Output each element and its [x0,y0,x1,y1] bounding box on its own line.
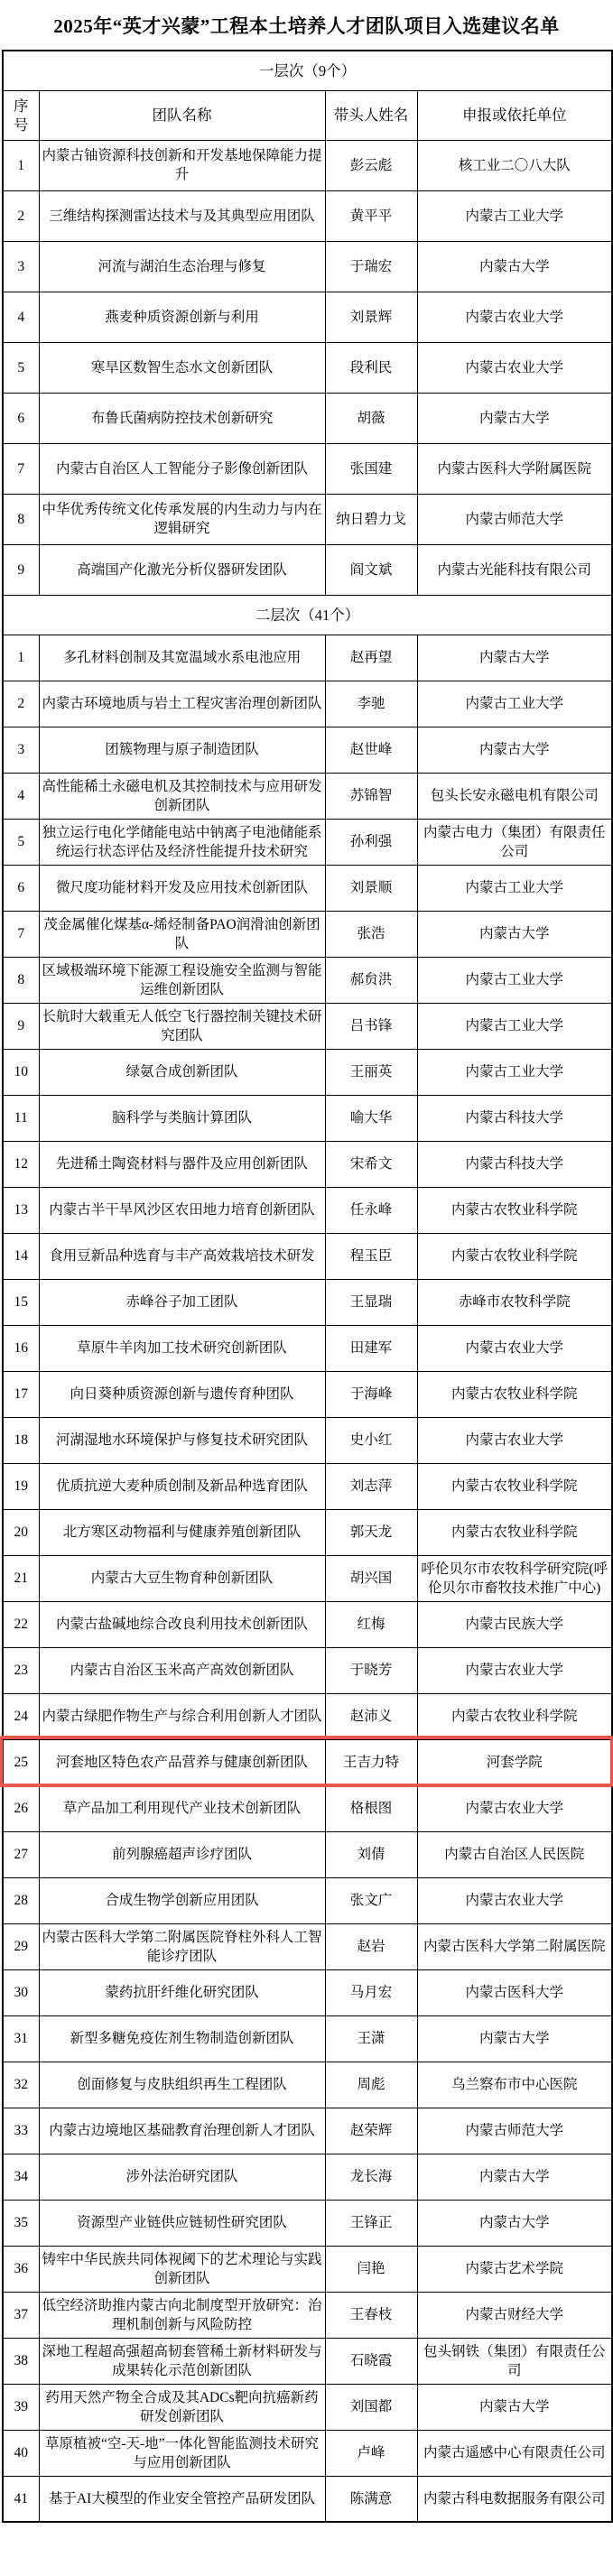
team-name-cell: 涉外法治研究团队 [39,2154,325,2200]
row-number: 19 [3,1463,39,1509]
row-number: 34 [3,2154,39,2200]
row-number: 5 [3,819,39,865]
table-row: 28合成生物学创新应用团队张文广内蒙古农业大学 [3,1877,612,1923]
org-cell: 内蒙古工业大学 [417,190,612,241]
table-row: 12先进稀土陶瓷材料与器件及应用创新团队宋希文内蒙古科技大学 [3,1141,612,1187]
team-name-cell: 绿氨合成创新团队 [39,1049,325,1095]
table-row: 38深地工程超高强超高韧套管稀土新材料研发与成果转化示范创新团队石晓霞包头钢铁（… [3,2338,612,2384]
row-number: 37 [3,2292,39,2338]
leader-name-cell: 李驰 [325,681,417,727]
table-row: 8中华优秀传统文化传承发展的内生动力与内在逻辑研究纳日碧力戈内蒙古师范大学 [3,494,612,544]
org-cell: 内蒙古科技大学 [417,1095,612,1141]
team-name-cell: 先进稀土陶瓷材料与器件及应用创新团队 [39,1141,325,1187]
leader-name-cell: 于瑞宏 [325,241,417,292]
table-row: 40草原植被“空-天-地”一体化智能监测技术研究与应用创新团队卢峰内蒙古遥感中心… [3,2430,612,2476]
table-row: 34涉外法治研究团队龙长海内蒙古大学 [3,2154,612,2200]
org-cell: 内蒙古农牧业科学院 [417,1693,612,1739]
org-cell: 内蒙古大学 [417,393,612,443]
team-name-cell: 草原牛羊肉加工技术研究创新团队 [39,1325,325,1371]
team-name-cell: 草产品加工利用现代产业技术创新团队 [39,1785,325,1831]
org-cell: 内蒙古医科大学 [417,1969,612,2015]
org-cell: 内蒙古农业大学 [417,292,612,342]
org-cell: 内蒙古大学 [417,2200,612,2246]
org-cell: 内蒙古农牧业科学院 [417,1233,612,1279]
row-number: 15 [3,1279,39,1325]
table-row: 25河套地区特色农产品营养与健康创新团队王吉力特河套学院 [3,1739,612,1785]
org-cell: 内蒙古农业大学 [417,1647,612,1693]
team-name-cell: 内蒙古环境地质与岩土工程灾害治理创新团队 [39,681,325,727]
table-row: 17向日葵种质资源创新与遗传育种团队于海峰内蒙古农牧业科学院 [3,1371,612,1417]
leader-name-cell: 赵沛义 [325,1693,417,1739]
table-row: 2内蒙古环境地质与岩土工程灾害治理创新团队李驰内蒙古工业大学 [3,681,612,727]
row-number: 16 [3,1325,39,1371]
row-number: 24 [3,1693,39,1739]
row-number: 7 [3,911,39,957]
column-header: 申报或依托单位 [417,90,612,140]
leader-name-cell: 胡兴国 [325,1555,417,1601]
team-name-cell: 资源型产业链供应链韧性研究团队 [39,2200,325,2246]
leader-name-cell: 吕书锋 [325,1003,417,1049]
table-row: 9高端国产化激光分析仪器研发团队阎文斌内蒙古光能科技有限公司 [3,544,612,595]
row-number: 10 [3,1049,39,1095]
org-cell: 内蒙古工业大学 [417,1003,612,1049]
row-number: 3 [3,241,39,292]
team-name-cell: 中华优秀传统文化传承发展的内生动力与内在逻辑研究 [39,494,325,544]
team-name-cell: 低空经济助推内蒙古向北制度型开放研究：治理机制创新与风险防控 [39,2292,325,2338]
org-cell: 呼伦贝尔市农牧科学研究院(呼伦贝尔市畜牧技术推广中心) [417,1555,612,1601]
org-cell: 内蒙古大学 [417,2384,612,2430]
team-name-cell: 河湖湿地水环境保护与修复技术研究团队 [39,1417,325,1463]
table-row: 29内蒙古医科大学第二附属医院脊柱外科人工智能诊疗团队赵岩内蒙古医科大学第二附属… [3,1923,612,1969]
team-name-cell: 向日葵种质资源创新与遗传育种团队 [39,1371,325,1417]
leader-name-cell: 纳日碧力戈 [325,494,417,544]
team-name-cell: 高性能稀土永磁电机及其控制技术与应用研发创新团队 [39,773,325,819]
org-cell: 赤峰市农牧科学院 [417,1279,612,1325]
leader-name-cell: 张浩 [325,911,417,957]
org-cell: 内蒙古师范大学 [417,2108,612,2154]
table-row: 37低空经济助推内蒙古向北制度型开放研究：治理机制创新与风险防控王春枝内蒙古财经… [3,2292,612,2338]
org-cell: 内蒙古工业大学 [417,957,612,1003]
team-name-cell: 内蒙古盐碱地综合改良利用技术创新团队 [39,1601,325,1647]
column-header: 带头人姓名 [325,90,417,140]
row-number: 27 [3,1831,39,1877]
table-row: 26草产品加工利用现代产业技术创新团队格根图内蒙古农业大学 [3,1785,612,1831]
leader-name-cell: 周彪 [325,2062,417,2108]
table-row: 35资源型产业链供应链韧性研究团队王锋正内蒙古大学 [3,2200,612,2246]
org-cell: 河套学院 [417,1739,612,1785]
team-name-cell: 高端国产化激光分析仪器研发团队 [39,544,325,595]
table-wrapper: 一层次（9个）序号团队名称带头人姓名申报或依托单位1内蒙古铀资源科技创新和开发基… [2,50,611,2523]
team-name-cell: 内蒙古铀资源科技创新和开发基地保障能力提升 [39,140,325,190]
table-row: 18河湖湿地水环境保护与修复技术研究团队史小红内蒙古农业大学 [3,1417,612,1463]
row-number: 12 [3,1141,39,1187]
table-row: 36铸牢中华民族共同体视阈下的艺术理论与实践创新团队闫艳内蒙古艺术学院 [3,2246,612,2292]
org-cell: 内蒙古农业大学 [417,342,612,393]
team-name-cell: 内蒙古大豆生物育种创新团队 [39,1555,325,1601]
org-cell: 内蒙古大学 [417,2015,612,2062]
org-cell: 内蒙古农牧业科学院 [417,1463,612,1509]
row-number: 32 [3,2062,39,2108]
org-cell: 内蒙古农业大学 [417,1877,612,1923]
team-name-cell: 内蒙古绿肥作物生产与综合利用创新人才团队 [39,1693,325,1739]
table-row: 11脑科学与类脑计算团队喻大华内蒙古科技大学 [3,1095,612,1141]
table-row: 32创面修复与皮肤组织再生工程团队周彪乌兰察布市中心医院 [3,2062,612,2108]
team-name-cell: 食用豆新品种选育与丰产高效栽培技术研发 [39,1233,325,1279]
org-cell: 内蒙古艺术学院 [417,2246,612,2292]
leader-name-cell: 赵荣辉 [325,2108,417,2154]
team-name-cell: 深地工程超高强超高韧套管稀土新材料研发与成果转化示范创新团队 [39,2338,325,2384]
row-number: 30 [3,1969,39,2015]
table-row: 30蒙药抗肝纤维化研究团队马月宏内蒙古医科大学 [3,1969,612,2015]
org-cell: 内蒙古光能科技有限公司 [417,544,612,595]
team-name-cell: 铸牢中华民族共同体视阈下的艺术理论与实践创新团队 [39,2246,325,2292]
row-number: 4 [3,773,39,819]
team-name-cell: 独立运行电化学储能电站中钠离子电池储能系统运行状态评估及经济性能提升技术研究 [39,819,325,865]
org-cell: 内蒙古工业大学 [417,1049,612,1095]
org-cell: 乌兰察布市中心医院 [417,2062,612,2108]
table-row: 6微尺度功能材料开发及应用技术创新团队刘景顺内蒙古工业大学 [3,865,612,911]
leader-name-cell: 阎文斌 [325,544,417,595]
leader-name-cell: 格根图 [325,1785,417,1831]
leader-name-cell: 郭天龙 [325,1509,417,1555]
leader-name-cell: 王春枝 [325,2292,417,2338]
row-number: 25 [3,1739,39,1785]
team-name-cell: 基于AI大模型的作业安全管控产品研发团队 [39,2476,325,2522]
row-number: 40 [3,2430,39,2476]
team-name-cell: 脑科学与类脑计算团队 [39,1095,325,1141]
org-cell: 内蒙古财经大学 [417,2292,612,2338]
leader-name-cell: 张国建 [325,443,417,494]
row-number: 13 [3,1187,39,1233]
row-number: 36 [3,2246,39,2292]
section-row: 二层次（41个） [3,595,612,635]
table-row: 9长航时大载重无人低空飞行器控制关键技术研究团队吕书锋内蒙古工业大学 [3,1003,612,1049]
org-cell: 内蒙古农业大学 [417,1325,612,1371]
leader-name-cell: 王吉力特 [325,1739,417,1785]
row-number: 2 [3,681,39,727]
team-name-cell: 新型多糖免疫佐剂生物制造创新团队 [39,2015,325,2062]
table-row: 4高性能稀土永磁电机及其控制技术与应用研发创新团队苏锦智包头长安永磁电机有限公司 [3,773,612,819]
org-cell: 内蒙古大学 [417,635,612,681]
leader-name-cell: 石晓霞 [325,2338,417,2384]
selection-list-table: 一层次（9个）序号团队名称带头人姓名申报或依托单位1内蒙古铀资源科技创新和开发基… [2,50,613,2523]
row-number: 2 [3,190,39,241]
leader-name-cell: 喻大华 [325,1095,417,1141]
table-row: 41基于AI大模型的作业安全管控产品研发团队陈满意内蒙古科电数据服务有限公司 [3,2476,612,2522]
leader-name-cell: 卢峰 [325,2430,417,2476]
leader-name-cell: 龙长海 [325,2154,417,2200]
column-header-row: 序号团队名称带头人姓名申报或依托单位 [3,90,612,140]
table-row: 3团簇物理与原子制造团队赵世峰内蒙古大学 [3,727,612,773]
org-cell: 内蒙古大学 [417,911,612,957]
team-name-cell: 河套地区特色农产品营养与健康创新团队 [39,1739,325,1785]
org-cell: 包头长安永磁电机有限公司 [417,773,612,819]
row-number: 7 [3,443,39,494]
table-row: 1内蒙古铀资源科技创新和开发基地保障能力提升彭云彪核工业二〇八大队 [3,140,612,190]
team-name-cell: 寒旱区数智生态水文创新团队 [39,342,325,393]
row-number: 8 [3,957,39,1003]
leader-name-cell: 王潇 [325,2015,417,2062]
leader-name-cell: 赵世峰 [325,727,417,773]
row-number: 11 [3,1095,39,1141]
row-number: 3 [3,727,39,773]
org-cell: 核工业二〇八大队 [417,140,612,190]
row-number: 33 [3,2108,39,2154]
team-name-cell: 长航时大载重无人低空飞行器控制关键技术研究团队 [39,1003,325,1049]
leader-name-cell: 陈满意 [325,2476,417,2522]
row-number: 41 [3,2476,39,2522]
row-number: 9 [3,544,39,595]
leader-name-cell: 黄平平 [325,190,417,241]
team-name-cell: 草原植被“空-天-地”一体化智能监测技术研究与应用创新团队 [39,2430,325,2476]
row-number: 5 [3,342,39,393]
leader-name-cell: 段利民 [325,342,417,393]
leader-name-cell: 王锋正 [325,2200,417,2246]
page-title: 2025年“英才兴蒙”工程本土培养人才团队项目入选建议名单 [0,0,613,50]
table-row: 39药用天然产物全合成及其ADCs靶向抗癌新药研发创新团队刘国都内蒙古大学 [3,2384,612,2430]
org-cell: 内蒙古农牧业科学院 [417,1187,612,1233]
table-row: 19优质抗逆大麦种质创制及新品种选育团队刘志萍内蒙古农牧业科学院 [3,1463,612,1509]
row-number: 9 [3,1003,39,1049]
org-cell: 内蒙古农业大学 [417,1417,612,1463]
table-row: 7茂金属催化煤基α-烯烃制备PAO润滑油创新团队张浩内蒙古大学 [3,911,612,957]
team-name-cell: 多孔材料创制及其宽温域水系电池应用 [39,635,325,681]
team-name-cell: 燕麦种质资源创新与利用 [39,292,325,342]
org-cell: 内蒙古工业大学 [417,681,612,727]
leader-name-cell: 史小红 [325,1417,417,1463]
org-cell: 内蒙古科技大学 [417,1141,612,1187]
row-number: 18 [3,1417,39,1463]
team-name-cell: 创面修复与皮肤组织再生工程团队 [39,2062,325,2108]
leader-name-cell: 赵再望 [325,635,417,681]
leader-name-cell: 马月宏 [325,1969,417,2015]
leader-name-cell: 孙利强 [325,819,417,865]
team-name-cell: 布鲁氏菌病防控技术创新研究 [39,393,325,443]
row-number: 17 [3,1371,39,1417]
team-name-cell: 茂金属催化煤基α-烯烃制备PAO润滑油创新团队 [39,911,325,957]
row-number: 14 [3,1233,39,1279]
row-number: 6 [3,865,39,911]
team-name-cell: 药用天然产物全合成及其ADCs靶向抗癌新药研发创新团队 [39,2384,325,2430]
org-cell: 内蒙古大学 [417,2154,612,2200]
table-row: 2三维结构探测雷达技术与及其典型应用团队黄平平内蒙古工业大学 [3,190,612,241]
team-name-cell: 微尺度功能材料开发及应用技术创新团队 [39,865,325,911]
table-row: 23内蒙古自治区玉米高产高效创新团队于晓芳内蒙古农业大学 [3,1647,612,1693]
leader-name-cell: 张文广 [325,1877,417,1923]
leader-name-cell: 田建军 [325,1325,417,1371]
table-row: 33内蒙古边境地区基础教育治理创新人才团队赵荣辉内蒙古师范大学 [3,2108,612,2154]
row-number: 35 [3,2200,39,2246]
leader-name-cell: 赵岩 [325,1923,417,1969]
leader-name-cell: 宋希文 [325,1141,417,1187]
team-name-cell: 内蒙古自治区人工智能分子影像创新团队 [39,443,325,494]
team-name-cell: 北方寒区动物福利与健康养殖创新团队 [39,1509,325,1555]
leader-name-cell: 彭云彪 [325,140,417,190]
table-row: 8区域极端环境下能源工程设施安全监测与智能运维创新团队郝贠洪内蒙古工业大学 [3,957,612,1003]
leader-name-cell: 刘景辉 [325,292,417,342]
org-cell: 内蒙古电力（集团）有限责任公司 [417,819,612,865]
leader-name-cell: 红梅 [325,1601,417,1647]
section-header: 一层次（9个） [3,51,612,90]
table-row: 13内蒙古半干旱风沙区农田地力培育创新团队任永峰内蒙古农牧业科学院 [3,1187,612,1233]
row-number: 31 [3,2015,39,2062]
leader-name-cell: 任永峰 [325,1187,417,1233]
table-row: 16草原牛羊肉加工技术研究创新团队田建军内蒙古农业大学 [3,1325,612,1371]
table-row: 15赤峰谷子加工团队王显瑞赤峰市农牧科学院 [3,1279,612,1325]
org-cell: 内蒙古民族大学 [417,1601,612,1647]
row-number: 8 [3,494,39,544]
leader-name-cell: 王显瑞 [325,1279,417,1325]
row-number: 20 [3,1509,39,1555]
row-number: 23 [3,1647,39,1693]
org-cell: 内蒙古大学 [417,241,612,292]
leader-name-cell: 程玉臣 [325,1233,417,1279]
table-row: 6布鲁氏菌病防控技术创新研究胡薇内蒙古大学 [3,393,612,443]
team-name-cell: 内蒙古医科大学第二附属医院脊柱外科人工智能诊疗团队 [39,1923,325,1969]
row-number: 21 [3,1555,39,1601]
table-row: 14食用豆新品种选育与丰产高效栽培技术研发程玉臣内蒙古农牧业科学院 [3,1233,612,1279]
table-row: 1多孔材料创制及其宽温域水系电池应用赵再望内蒙古大学 [3,635,612,681]
team-name-cell: 内蒙古自治区玉米高产高效创新团队 [39,1647,325,1693]
org-cell: 内蒙古大学 [417,727,612,773]
row-number: 1 [3,635,39,681]
row-number: 39 [3,2384,39,2430]
row-number: 26 [3,1785,39,1831]
column-header: 序号 [3,90,39,140]
table-row: 5寒旱区数智生态水文创新团队段利民内蒙古农业大学 [3,342,612,393]
row-number: 4 [3,292,39,342]
org-cell: 内蒙古医科大学附属医院 [417,443,612,494]
row-number: 1 [3,140,39,190]
row-number: 38 [3,2338,39,2384]
org-cell: 内蒙古农牧业科学院 [417,1371,612,1417]
org-cell: 内蒙古自治区人民医院 [417,1831,612,1877]
org-cell: 内蒙古医科大学第二附属医院 [417,1923,612,1969]
document-page: 2025年“英才兴蒙”工程本土培养人才团队项目入选建议名单 一层次（9个）序号团… [0,0,613,2523]
leader-name-cell: 闫艳 [325,2246,417,2292]
team-name-cell: 蒙药抗肝纤维化研究团队 [39,1969,325,2015]
team-name-cell: 优质抗逆大麦种质创制及新品种选育团队 [39,1463,325,1509]
team-name-cell: 团簇物理与原子制造团队 [39,727,325,773]
table-row: 3河流与湖泊生态治理与修复于瑞宏内蒙古大学 [3,241,612,292]
leader-name-cell: 刘倩 [325,1831,417,1877]
leader-name-cell: 刘志萍 [325,1463,417,1509]
leader-name-cell: 苏锦智 [325,773,417,819]
table-row: 24内蒙古绿肥作物生产与综合利用创新人才团队赵沛义内蒙古农牧业科学院 [3,1693,612,1739]
section-header: 二层次（41个） [3,595,612,635]
team-name-cell: 内蒙古边境地区基础教育治理创新人才团队 [39,2108,325,2154]
table-row: 4燕麦种质资源创新与利用刘景辉内蒙古农业大学 [3,292,612,342]
table-row: 5独立运行电化学储能电站中钠离子电池储能系统运行状态评估及经济性能提升技术研究孙… [3,819,612,865]
row-number: 28 [3,1877,39,1923]
team-name-cell: 河流与湖泊生态治理与修复 [39,241,325,292]
team-name-cell: 前列腺癌超声诊疗团队 [39,1831,325,1877]
table-row: 20北方寒区动物福利与健康养殖创新团队郭天龙内蒙古农牧业科学院 [3,1509,612,1555]
leader-name-cell: 于晓芳 [325,1647,417,1693]
row-number: 6 [3,393,39,443]
leader-name-cell: 于海峰 [325,1371,417,1417]
team-name-cell: 区域极端环境下能源工程设施安全监测与智能运维创新团队 [39,957,325,1003]
table-row: 10绿氨合成创新团队王丽英内蒙古工业大学 [3,1049,612,1095]
table-row: 7内蒙古自治区人工智能分子影像创新团队张国建内蒙古医科大学附属医院 [3,443,612,494]
org-cell: 内蒙古遥感中心有限责任公司 [417,2430,612,2476]
table-row: 31新型多糖免疫佐剂生物制造创新团队王潇内蒙古大学 [3,2015,612,2062]
leader-name-cell: 胡薇 [325,393,417,443]
column-header: 团队名称 [39,90,325,140]
section-row: 一层次（9个） [3,51,612,90]
org-cell: 内蒙古农业大学 [417,1785,612,1831]
team-name-cell: 三维结构探测雷达技术与及其典型应用团队 [39,190,325,241]
leader-name-cell: 王丽英 [325,1049,417,1095]
org-cell: 内蒙古工业大学 [417,865,612,911]
team-name-cell: 赤峰谷子加工团队 [39,1279,325,1325]
row-number: 22 [3,1601,39,1647]
team-name-cell: 合成生物学创新应用团队 [39,1877,325,1923]
org-cell: 内蒙古科电数据服务有限公司 [417,2476,612,2522]
team-name-cell: 内蒙古半干旱风沙区农田地力培育创新团队 [39,1187,325,1233]
leader-name-cell: 郝贠洪 [325,957,417,1003]
org-cell: 内蒙古师范大学 [417,494,612,544]
leader-name-cell: 刘景顺 [325,865,417,911]
leader-name-cell: 刘国都 [325,2384,417,2430]
org-cell: 包头钢铁（集团）有限责任公司 [417,2338,612,2384]
table-row: 21内蒙古大豆生物育种创新团队胡兴国呼伦贝尔市农牧科学研究院(呼伦贝尔市畜牧技术… [3,1555,612,1601]
table-row: 27前列腺癌超声诊疗团队刘倩内蒙古自治区人民医院 [3,1831,612,1877]
org-cell: 内蒙古农牧业科学院 [417,1509,612,1555]
table-row: 22内蒙古盐碱地综合改良利用技术创新团队红梅内蒙古民族大学 [3,1601,612,1647]
row-number: 29 [3,1923,39,1969]
